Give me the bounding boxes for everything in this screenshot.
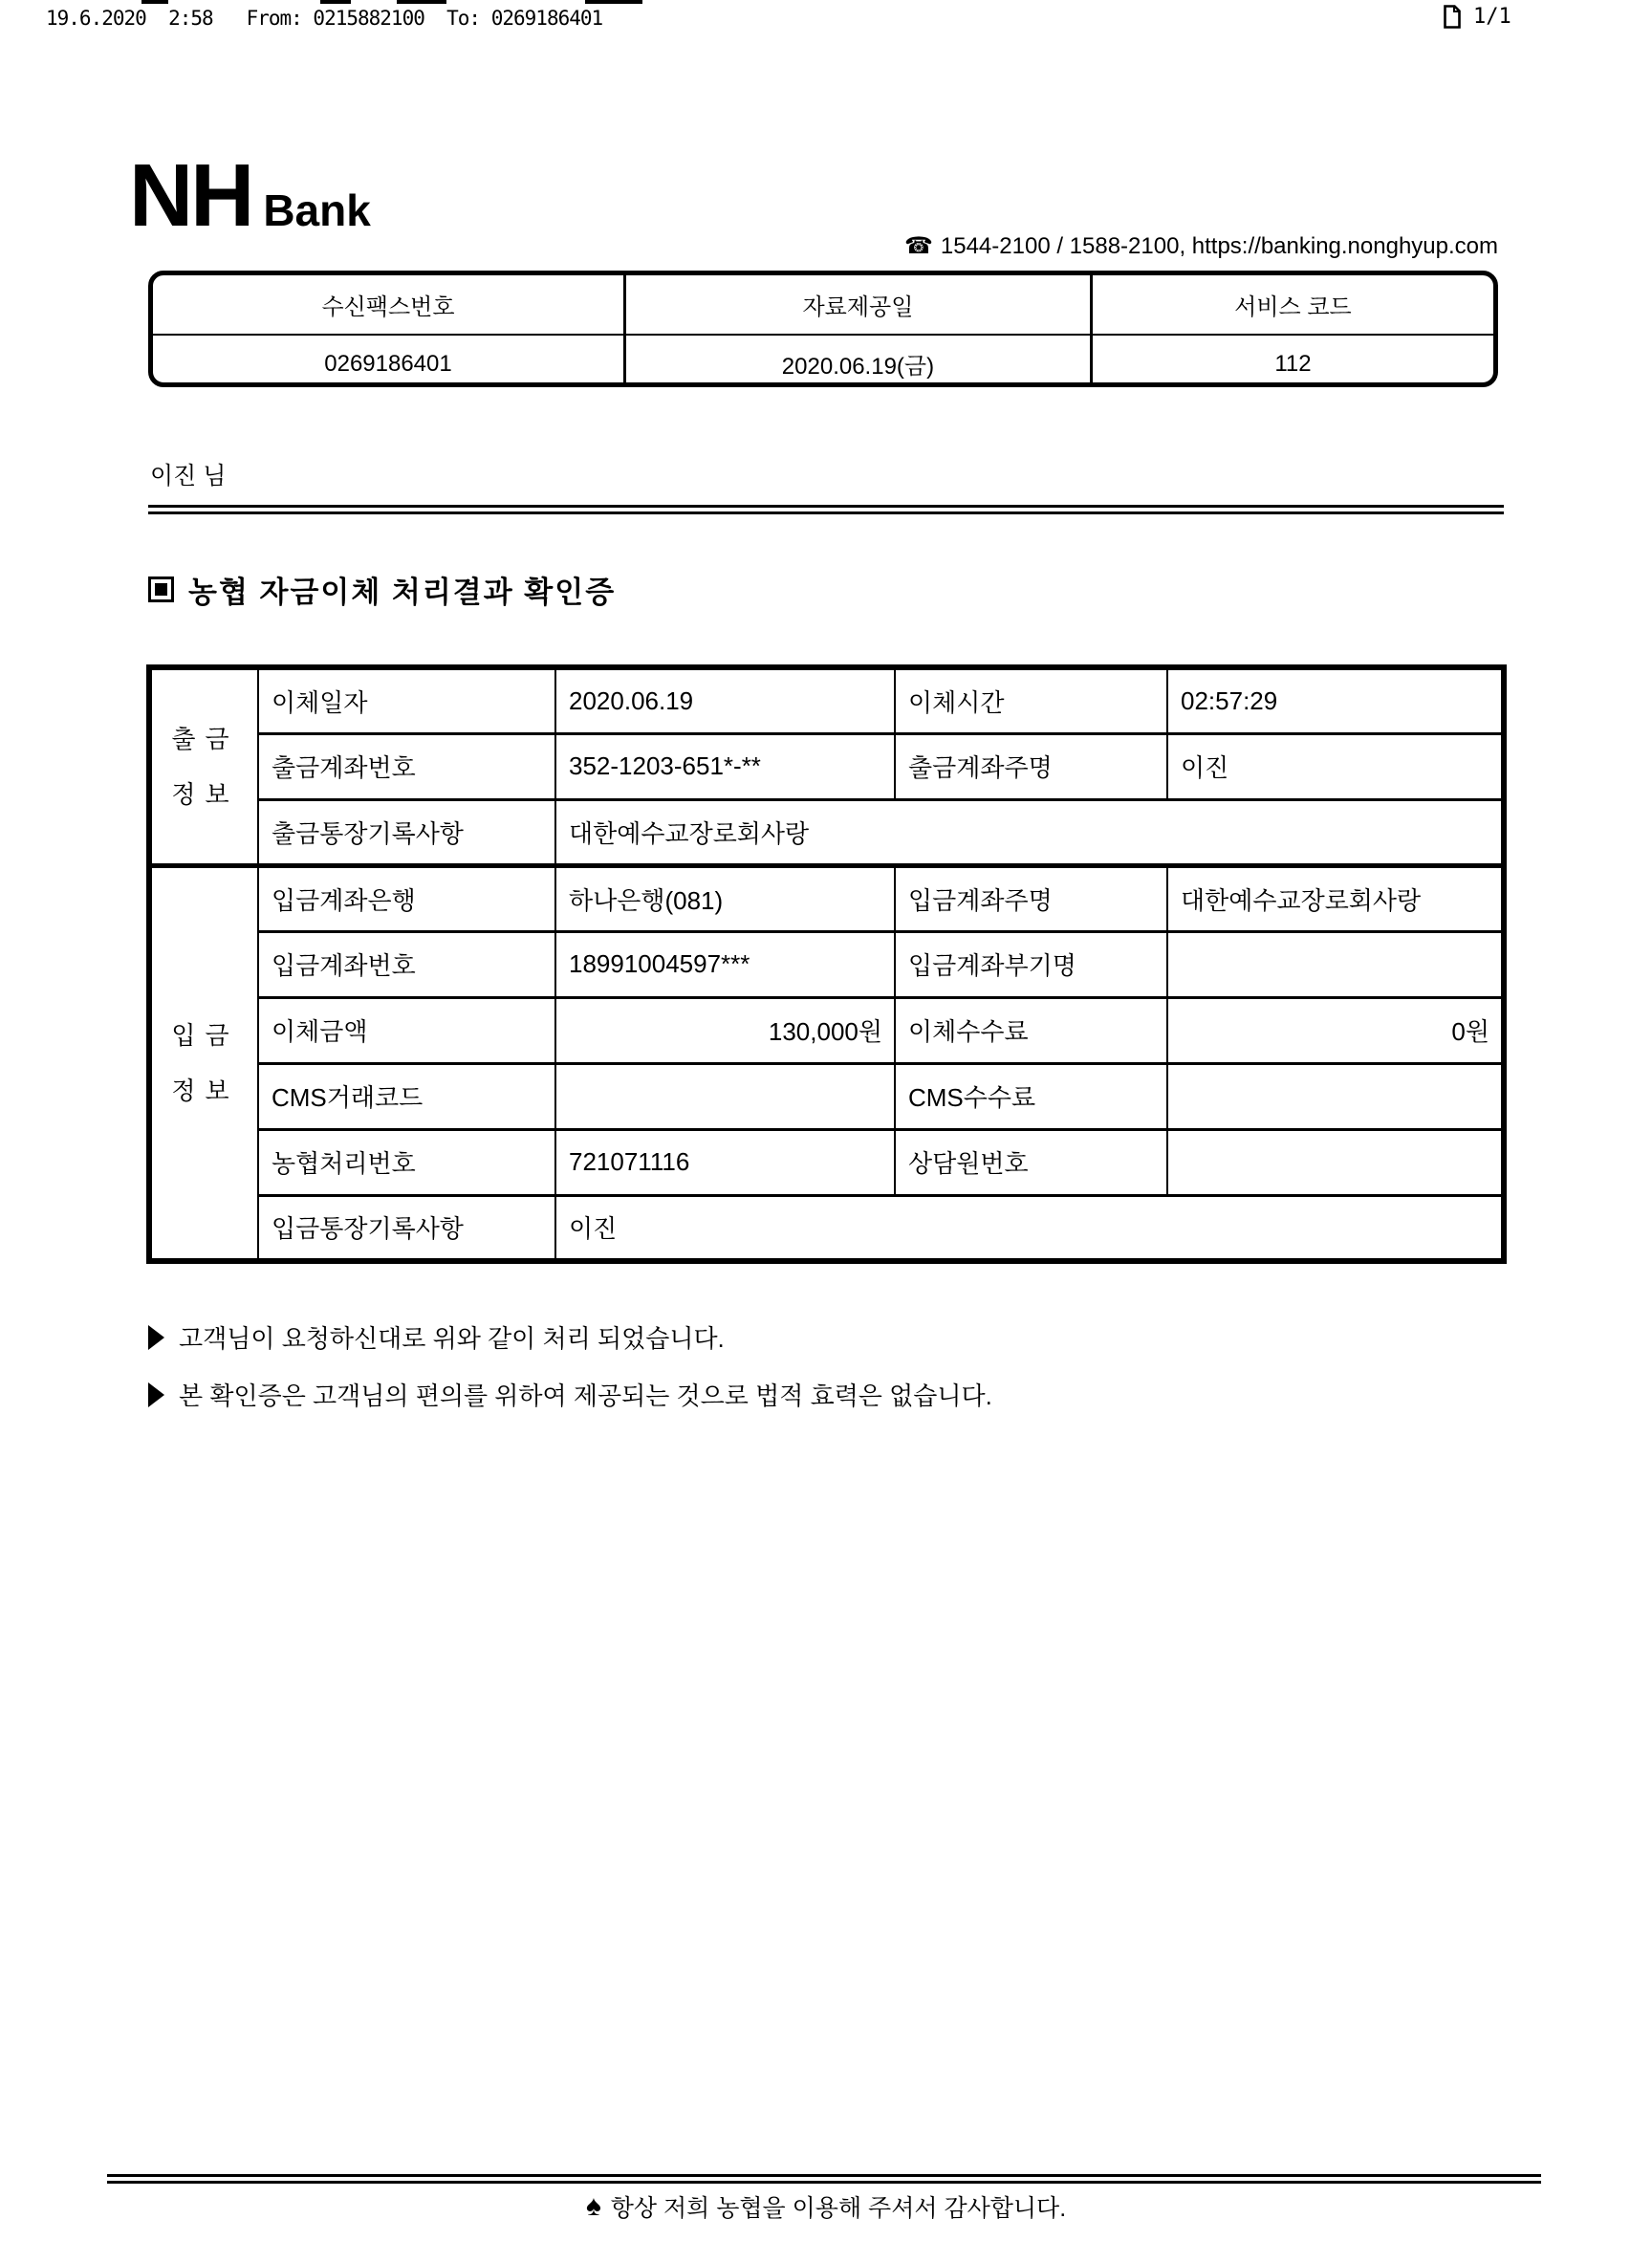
footer-thanks: ♠ 항상 저희 농협을 이용해 주셔서 감사합니다. — [0, 2189, 1652, 2224]
page-icon — [1444, 5, 1461, 29]
field-value: 18991004597*** — [555, 931, 895, 997]
bank-contact-line: ☎ 1544-2100 / 1588-2100, https://banking… — [904, 232, 1498, 260]
field-label: 입금통장기록사항 — [258, 1195, 555, 1261]
note-disclaimer: 본 확인증은 고객님의 편의를 위하여 제공되는 것으로 법적 효력은 없습니다… — [148, 1377, 992, 1412]
field-label: 입금계좌번호 — [258, 931, 555, 997]
table-row: 입금통장기록사항 이진 — [149, 1195, 1504, 1261]
field-label: 출금통장기록사항 — [258, 799, 555, 865]
field-value — [555, 1063, 895, 1129]
table-row: 농협처리번호 721071116 상담원번호 — [149, 1129, 1504, 1195]
note-processed: 고객님이 요청하신대로 위와 같이 처리 되었습니다. — [148, 1319, 725, 1355]
fax-info-header-provision-date: 자료제공일 — [625, 275, 1092, 335]
table-row: 입금 정보 입금계좌은행 하나은행(081) 입금계좌주명 대한예수교장로회사랑 — [149, 865, 1504, 931]
recipient-greeting: 이진 님 — [150, 457, 226, 491]
field-value — [1167, 1063, 1504, 1129]
scan-artifact — [141, 0, 168, 4]
section-title-row: 농협 자금이체 처리결과 확인증 — [148, 568, 616, 611]
field-label: 이체금액 — [258, 997, 555, 1063]
fax-info-value-provision-date: 2020.06.19(금) — [625, 335, 1092, 387]
transfer-result-table: 출금 정보 이체일자 2020.06.19 이체시간 02:57:29 출금계좌… — [146, 664, 1507, 1264]
table-row: 출금통장기록사항 대한예수교장로회사랑 — [149, 799, 1504, 865]
field-value: 721071116 — [555, 1129, 895, 1195]
note-arrow-icon — [148, 1382, 164, 1407]
field-label: 이체수수료 — [895, 997, 1167, 1063]
field-value — [1167, 1129, 1504, 1195]
field-value: 이진 — [555, 1195, 1504, 1261]
field-value: 352-1203-651*-** — [555, 733, 895, 799]
fax-info-value-service-code: 112 — [1091, 335, 1493, 387]
scan-artifact — [397, 0, 446, 4]
field-label: CMS거래코드 — [258, 1063, 555, 1129]
field-label: 농협처리번호 — [258, 1129, 555, 1195]
contact-text: 1544-2100 / 1588-2100, https://banking.n… — [941, 233, 1498, 260]
fax-info-value-recipient-fax: 0269186401 — [153, 335, 625, 387]
fax-transmission-info: 19.6.2020 2:58 From: 0215882100 To: 0269… — [46, 7, 602, 30]
field-value: 이진 — [1167, 733, 1504, 799]
field-value-fee: 0원 — [1167, 997, 1504, 1063]
field-value: 대한예수교장로회사랑 — [1167, 865, 1504, 931]
field-label: 출금계좌번호 — [258, 733, 555, 799]
page-count: 1/1 — [1473, 5, 1511, 29]
double-rule-top — [148, 505, 1504, 514]
field-label: 입금계좌은행 — [258, 865, 555, 931]
fax-info-header-recipient-fax: 수신팩스번호 — [153, 275, 625, 335]
title-square-icon — [148, 577, 174, 602]
scan-artifact — [585, 0, 642, 4]
section-title: 농협 자금이체 처리결과 확인증 — [188, 568, 616, 611]
field-value: 하나은행(081) — [555, 865, 895, 931]
logo-nh: NH — [129, 151, 251, 240]
field-label: 입금계좌주명 — [895, 865, 1167, 931]
spade-icon: ♠ — [586, 2192, 601, 2221]
field-label: 이체시간 — [895, 667, 1167, 733]
fax-page-indicator: 1/1 — [1444, 5, 1511, 29]
table-row: 이체금액 130,000원 이체수수료 0원 — [149, 997, 1504, 1063]
note-arrow-icon — [148, 1325, 164, 1350]
table-row: CMS거래코드 CMS수수료 — [149, 1063, 1504, 1129]
field-value-amount: 130,000원 — [555, 997, 895, 1063]
field-value: 대한예수교장로회사랑 — [555, 799, 1504, 865]
table-row: 입금계좌번호 18991004597*** 입금계좌부기명 — [149, 931, 1504, 997]
field-label: 상담원번호 — [895, 1129, 1167, 1195]
footer-text: 항상 저희 농협을 이용해 주셔서 감사합니다. — [611, 2189, 1066, 2224]
field-value — [1167, 931, 1504, 997]
field-label: 출금계좌주명 — [895, 733, 1167, 799]
double-rule-bottom — [107, 2174, 1541, 2184]
group-label-deposit: 입금 정보 — [149, 865, 258, 1261]
fax-document-page: 19.6.2020 2:58 From: 0215882100 To: 0269… — [0, 0, 1652, 2241]
table-row: 출금계좌번호 352-1203-651*-** 출금계좌주명 이진 — [149, 733, 1504, 799]
field-label: CMS수수료 — [895, 1063, 1167, 1129]
fax-info-table: 수신팩스번호 자료제공일 서비스 코드 0269186401 2020.06.1… — [148, 271, 1498, 387]
telephone-icon: ☎ — [904, 232, 933, 260]
field-label: 이체일자 — [258, 667, 555, 733]
field-value: 02:57:29 — [1167, 667, 1504, 733]
fax-info-header-service-code: 서비스 코드 — [1091, 275, 1493, 335]
nh-bank-logo: NH Bank — [129, 151, 371, 240]
logo-bank: Bank — [263, 188, 370, 232]
field-value: 2020.06.19 — [555, 667, 895, 733]
scan-artifact — [320, 0, 351, 4]
field-label: 입금계좌부기명 — [895, 931, 1167, 997]
group-label-withdrawal: 출금 정보 — [149, 667, 258, 865]
table-row: 출금 정보 이체일자 2020.06.19 이체시간 02:57:29 — [149, 667, 1504, 733]
